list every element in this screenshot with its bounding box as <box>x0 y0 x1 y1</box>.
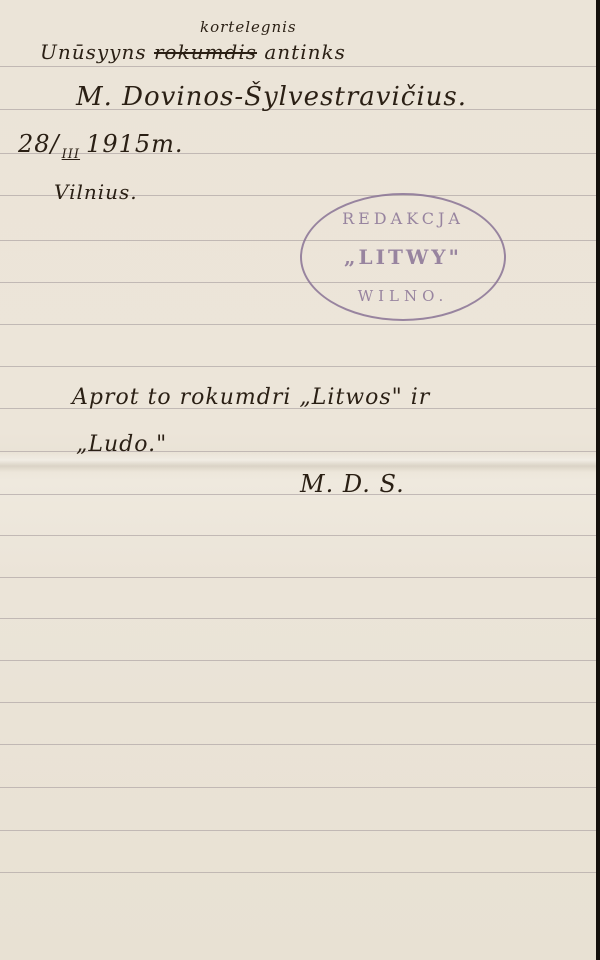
author-name: M. Dovinos-Šylvestravičius. <box>76 82 467 112</box>
ruled-line <box>0 324 596 325</box>
ruled-line <box>0 618 596 619</box>
body-line-2: „Ludo." <box>76 432 167 457</box>
inserted-word: kortelegnis <box>200 18 297 36</box>
ruled-line <box>0 577 596 578</box>
date-year: 1915m. <box>86 130 183 158</box>
place-line: Vilnius. <box>54 180 138 204</box>
header-line1-end: antinks <box>264 40 346 64</box>
ruled-line <box>0 744 596 745</box>
date-line: 28/III1915m. <box>18 130 184 162</box>
ruled-line <box>0 535 596 536</box>
signature-initials: M. D. S. <box>300 470 405 498</box>
ruled-line <box>0 282 596 283</box>
ruled-line <box>0 66 596 67</box>
stamp-top-text: REDAKCJA <box>302 209 504 228</box>
struck-word: rokumdis <box>154 40 257 64</box>
ruled-line <box>0 702 596 703</box>
ruled-line <box>0 240 596 241</box>
ruled-line <box>0 660 596 661</box>
ruled-line <box>0 830 596 831</box>
body-line-1: Aprot to rokumdri „Litwos" ir <box>72 385 430 410</box>
page-edge-shadow <box>596 0 600 960</box>
redakcja-litwy-stamp: REDAKCJA „LITWY" WILNO. <box>300 193 506 321</box>
stamp-middle-text: „LITWY" <box>302 245 504 269</box>
ruled-line <box>0 494 596 495</box>
ruled-line <box>0 872 596 873</box>
ruled-line <box>0 366 596 367</box>
ruled-line <box>0 787 596 788</box>
letter-page: Unūsyyns rokumdis antinks kortelegnis M.… <box>0 0 596 960</box>
date-month: III <box>62 147 80 162</box>
header-line1-start: Unūsyyns <box>40 40 147 64</box>
stamp-bottom-text: WILNO. <box>302 287 504 305</box>
header-line-1: Unūsyyns rokumdis antinks kortelegnis <box>40 40 346 64</box>
date-day: 28 <box>18 130 51 158</box>
